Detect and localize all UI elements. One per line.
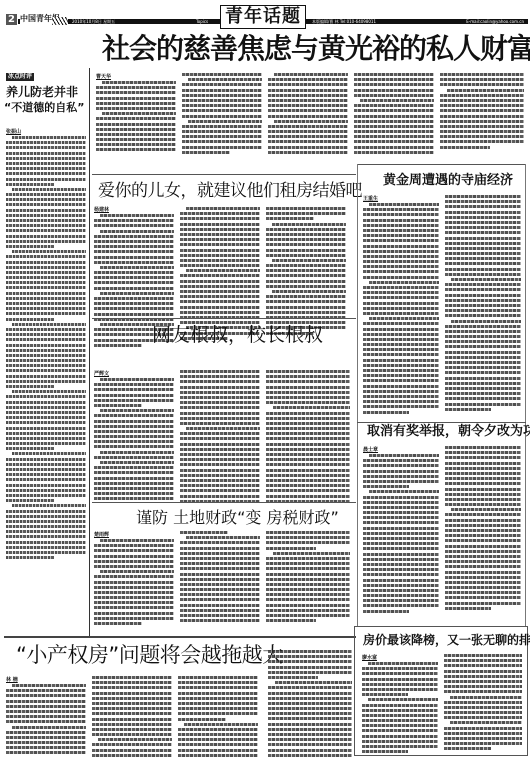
editor-phone: 本版编辑/曹 林 Tel:010-64098011 (312, 19, 376, 24)
small-property-body-col3 (178, 676, 258, 759)
section-title: 青年话题 (220, 5, 306, 29)
section-divider (92, 174, 356, 175)
netizen-uncle-headline: 网友根叔，校长根叔 (152, 326, 323, 345)
small-property-headline: “小产权房”问题将会越拖越大 (16, 645, 283, 666)
rent-marriage-byline: 杨建林 (94, 206, 109, 213)
lead-body-col3 (268, 73, 348, 156)
small-property-body-col4 (268, 650, 352, 759)
section-divider (92, 502, 356, 503)
issue-date: 2010年10月8日 星期五 (72, 19, 115, 24)
hatch-decoration (52, 17, 68, 25)
land-finance-body-col1 (94, 539, 174, 627)
netizen-uncle-body-col1 (94, 378, 174, 503)
lead-body-col1 (96, 81, 176, 154)
column-divider (89, 68, 90, 636)
small-property-byline: 林 楠 (6, 676, 18, 683)
lead-headline: 社会的慈善焦虑与黄光裕的私人财富 (102, 35, 530, 63)
lead-body-col5 (440, 73, 524, 151)
column-kicker: 冰点时评 (6, 73, 34, 81)
land-finance-byline: 楚雨辉 (94, 531, 109, 538)
left-article-byline: 张振山 (6, 128, 21, 135)
price-ranking-byline: 廖水富 (362, 654, 377, 661)
right-box-border (357, 164, 358, 626)
price-ranking-headline: 房价最该降榜，又一张无聊的排行榜 (363, 634, 530, 646)
editor-email: E-mail:caolin@yahoo.com.cn (466, 19, 524, 24)
masthead: 2 中国青年报 2010年10月8日 星期五 Topics 青年话题 本版编辑/… (0, 0, 530, 30)
topics-label: Topics (196, 19, 208, 24)
left-article-headline-1: 养儿防老并非 (6, 86, 78, 98)
section-divider (4, 636, 356, 638)
temple-economy-body-col2 (445, 195, 521, 413)
land-finance-body-col3 (266, 531, 350, 624)
price-ranking-body-col1 (362, 662, 438, 755)
small-property-body-col1 (6, 684, 86, 757)
temple-economy-headline: 黄金周遭遇的寺庙经济 (383, 174, 513, 187)
reward-report-headline: 取消有奖举报，朝令夕改为功利 (367, 425, 530, 438)
right-box-border (525, 164, 526, 626)
section-divider (92, 318, 356, 319)
reward-report-byline: 晨士章 (363, 446, 378, 453)
netizen-uncle-body-col2 (180, 370, 260, 505)
rent-marriage-headline: 爱你的儿女，就建议他们租房结婚吧 (98, 183, 362, 200)
land-finance-body-col2 (180, 531, 260, 624)
section-divider (357, 422, 526, 423)
left-article-headline-2: “不道德的自私” (4, 102, 84, 113)
lead-byline: 曹天华 (96, 73, 111, 80)
rent-marriage-body-col2 (180, 207, 260, 342)
netizen-uncle-body-col3 (266, 370, 350, 505)
left-article-body (6, 136, 86, 561)
lead-body-col2 (182, 73, 262, 156)
temple-economy-byline: 王重生 (363, 195, 378, 202)
price-ranking-body-col2 (444, 654, 522, 753)
small-property-body-col2 (92, 676, 172, 759)
temple-economy-body-col1 (363, 203, 439, 416)
reward-report-body-col2 (445, 446, 521, 612)
netizen-uncle-byline: 严辉文 (94, 370, 109, 377)
reward-report-body-col1 (363, 454, 439, 615)
land-finance-headline: 谨防 土地财政“变 房税财政” (136, 510, 339, 526)
lead-body-col4 (354, 73, 434, 156)
page-number: 2 (6, 14, 17, 25)
